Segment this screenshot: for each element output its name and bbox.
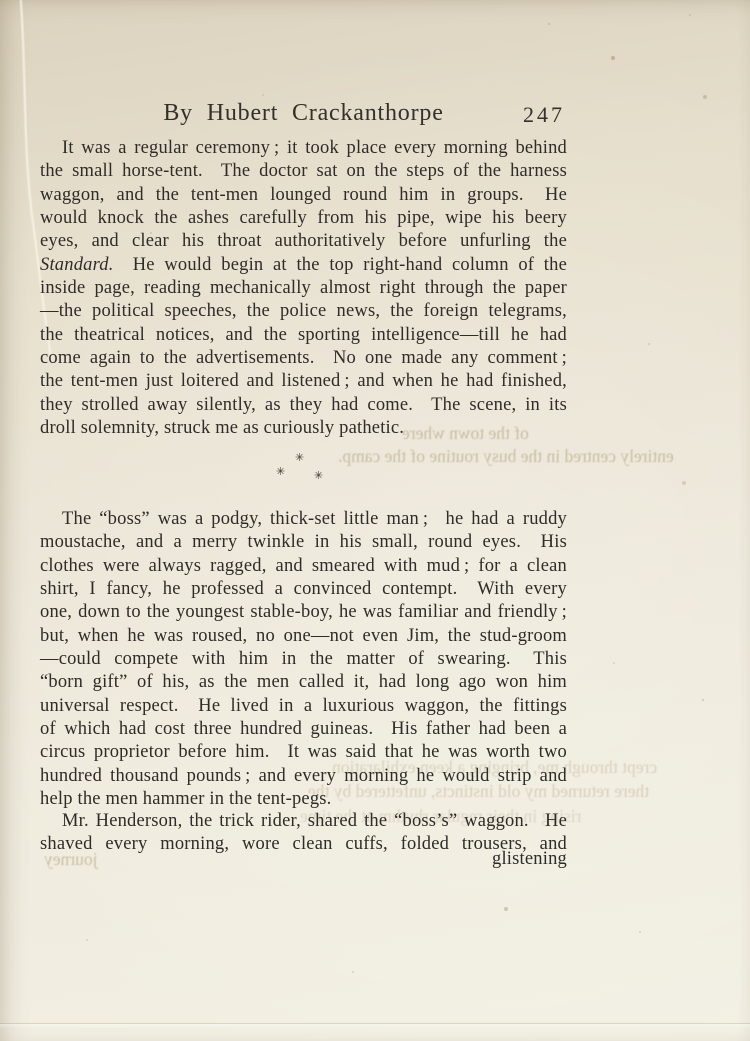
text-line: hundred thousand pounds ; and every morn… — [40, 765, 567, 788]
text-line: help the men hammer in the tent-pegs. — [40, 788, 567, 811]
text-line: moustache, and a merry twinkle in his sm… — [40, 531, 567, 554]
text-line: inside page, reading mechanically almost… — [40, 277, 567, 300]
text-line: —the political speeches, the police news… — [40, 300, 567, 323]
text-line: the small horse-tent. The doctor sat on … — [40, 160, 567, 183]
asterisk-ornament: ✳ — [276, 466, 285, 477]
text-line: eyes, and clear his throat authoritative… — [40, 230, 567, 253]
text-line: one, down to the youngest stable-boy, he… — [40, 601, 567, 624]
author-header: By Hubert Crackanthorpe — [40, 100, 567, 127]
text-line: shirt, I fancy, he professed a convinced… — [40, 578, 567, 601]
text-line: Mr. Henderson, the trick rider, shared t… — [40, 810, 567, 833]
page-number: 247 — [523, 102, 565, 128]
text-line: The “boss” was a podgy, thick-set little… — [40, 508, 567, 531]
text-line: clothes were always ragged, and smeared … — [40, 555, 567, 578]
text-line: would knock the ashes carefully from his… — [40, 207, 567, 230]
text-line: Standard. He would begin at the top righ… — [40, 254, 567, 277]
paragraph: The “boss” was a podgy, thick-set little… — [40, 508, 567, 811]
book-page: of the town whereentirely centred in the… — [0, 0, 750, 1041]
text-line: It was a regular ceremony ; it took plac… — [40, 137, 567, 160]
text-line: circus proprietor before him. It was sai… — [40, 741, 567, 764]
asterism-separator: ✳✳✳ — [270, 449, 328, 487]
asterisk-ornament: ✳ — [314, 470, 323, 481]
paragraph: It was a regular ceremony ; it took plac… — [40, 137, 567, 440]
paper-speckles — [0, 0, 2, 2]
page-bottom-edge — [0, 1023, 750, 1030]
text-line: they strolled away silently, as they had… — [40, 394, 567, 417]
text-line: the theatrical notices, and the sporting… — [40, 324, 567, 347]
text-line: waggon, and the tent-men lounged round h… — [40, 184, 567, 207]
text-line: “born gift” of his, as the men called it… — [40, 671, 567, 694]
text-line: of which had cost three hundred guineas.… — [40, 718, 567, 741]
text-line: —could compete with him in the matter of… — [40, 648, 567, 671]
show-through-text: entirely centred in the busy routine of … — [338, 446, 674, 467]
text-line: come again to the advertisements. No one… — [40, 347, 567, 370]
asterisk-ornament: ✳ — [295, 452, 304, 463]
text-line: the tent-men just loitered and listened … — [40, 370, 567, 393]
running-header: By Hubert Crackanthorpe 247 — [40, 100, 567, 132]
text-line: universal respect. He lived in a luxurio… — [40, 695, 567, 718]
catchword: glistening — [40, 848, 567, 871]
text-line: droll solemnity, struck me as curiously … — [40, 417, 567, 440]
text-line: but, when he was roused, no one—not even… — [40, 625, 567, 648]
